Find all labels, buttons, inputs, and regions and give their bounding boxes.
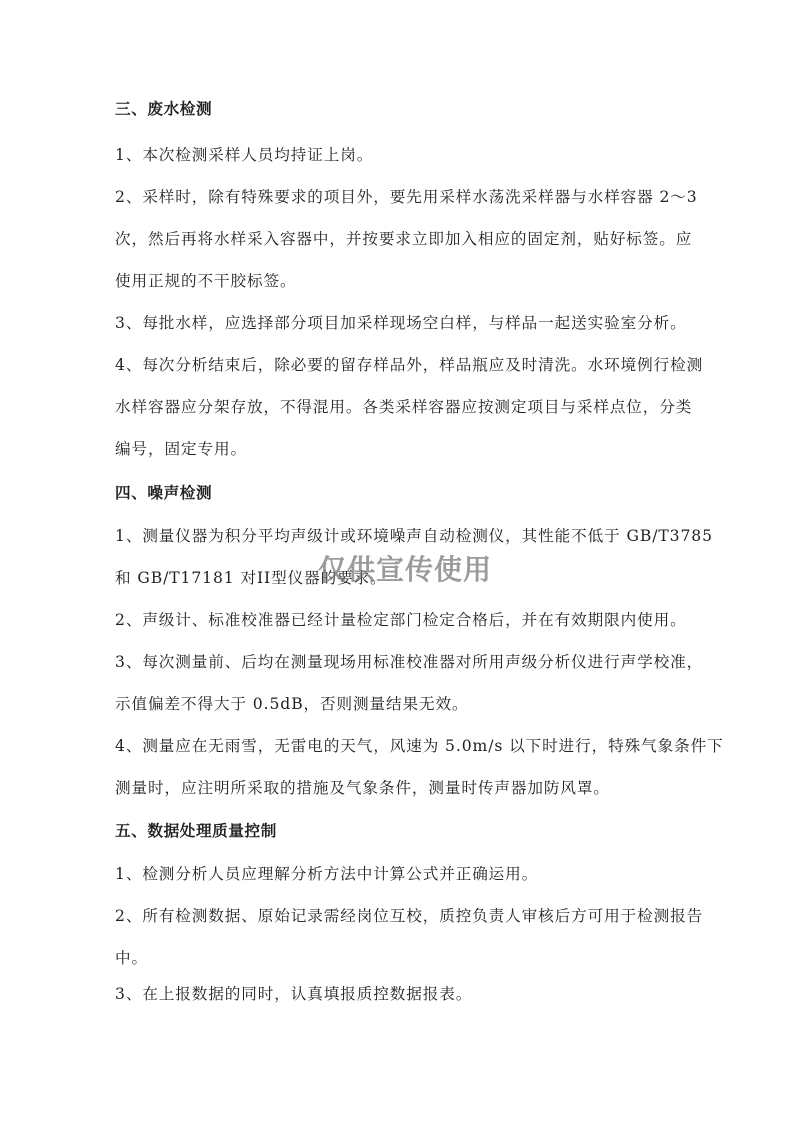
paragraph-line: 中。: [115, 948, 148, 968]
document-page: 三、废水检测 1、本次检测采样人员均持证上岗。 2、采样时，除有特殊要求的项目外…: [0, 0, 800, 1132]
paragraph-line: 1、检测分析人员应理解分析方法中计算公式并正确运用。: [115, 864, 538, 884]
paragraph-line: 3、在上报数据的同时，认真填报质控数据报表。: [115, 984, 472, 1004]
paragraph-line: 测量时，应注明所采取的措施及气象条件，测量时传声器加防风罩。: [115, 778, 610, 798]
paragraph-line: 2、采样时，除有特殊要求的项目外，要先用采样水荡洗采样器与水样容器 2～3: [115, 187, 698, 207]
paragraph-line: 1、本次检测采样人员均持证上岗。: [115, 145, 373, 165]
paragraph-line: 1、测量仪器为积分平均声级计或环境噪声自动检测仪，其性能不低于 GB/T3785: [115, 526, 713, 546]
section-heading-wastewater: 三、废水检测: [115, 99, 212, 119]
paragraph-line: 使用正规的不干胶标签。: [115, 271, 296, 291]
paragraph-line: 4、测量应在无雨雪，无雷电的天气，风速为 5.0m/s 以下时进行，特殊气象条件…: [115, 736, 724, 756]
paragraph-line: 编号，固定专用。: [115, 439, 247, 459]
paragraph-line: 4、每次分析结束后，除必要的留存样品外，样品瓶应及时清洗。水环境例行检测: [115, 355, 703, 375]
paragraph-line: 2、所有检测数据、原始记录需经岗位互校，质控负责人审核后方可用于检测报告: [115, 906, 703, 926]
paragraph-line: 水样容器应分架存放，不得混用。各类采样容器应按测定项目与采样点位，分类: [115, 397, 692, 417]
paragraph-line: 3、每批水样，应选择部分项目加采样现场空白样，与样品一起送实验室分析。: [115, 313, 687, 333]
section-heading-noise: 四、噪声检测: [115, 483, 212, 503]
paragraph-line: 3、每次测量前、后均在测量现场用标准校准器对所用声级分析仪进行声学校准，: [115, 652, 703, 672]
section-heading-data-quality: 五、数据处理质量控制: [115, 821, 277, 841]
paragraph-line: 示值偏差不得大于 0.5dB，否则测量结果无效。: [115, 694, 469, 714]
paragraph-line: 2、声级计、标准校准器已经计量检定部门检定合格后，并在有效期限内使用。: [115, 610, 687, 630]
paragraph-line: 次，然后再将水样采入容器中，并按要求立即加入相应的固定剂，贴好标签。应: [115, 229, 692, 249]
watermark: 仅供宣传使用: [318, 548, 492, 588]
